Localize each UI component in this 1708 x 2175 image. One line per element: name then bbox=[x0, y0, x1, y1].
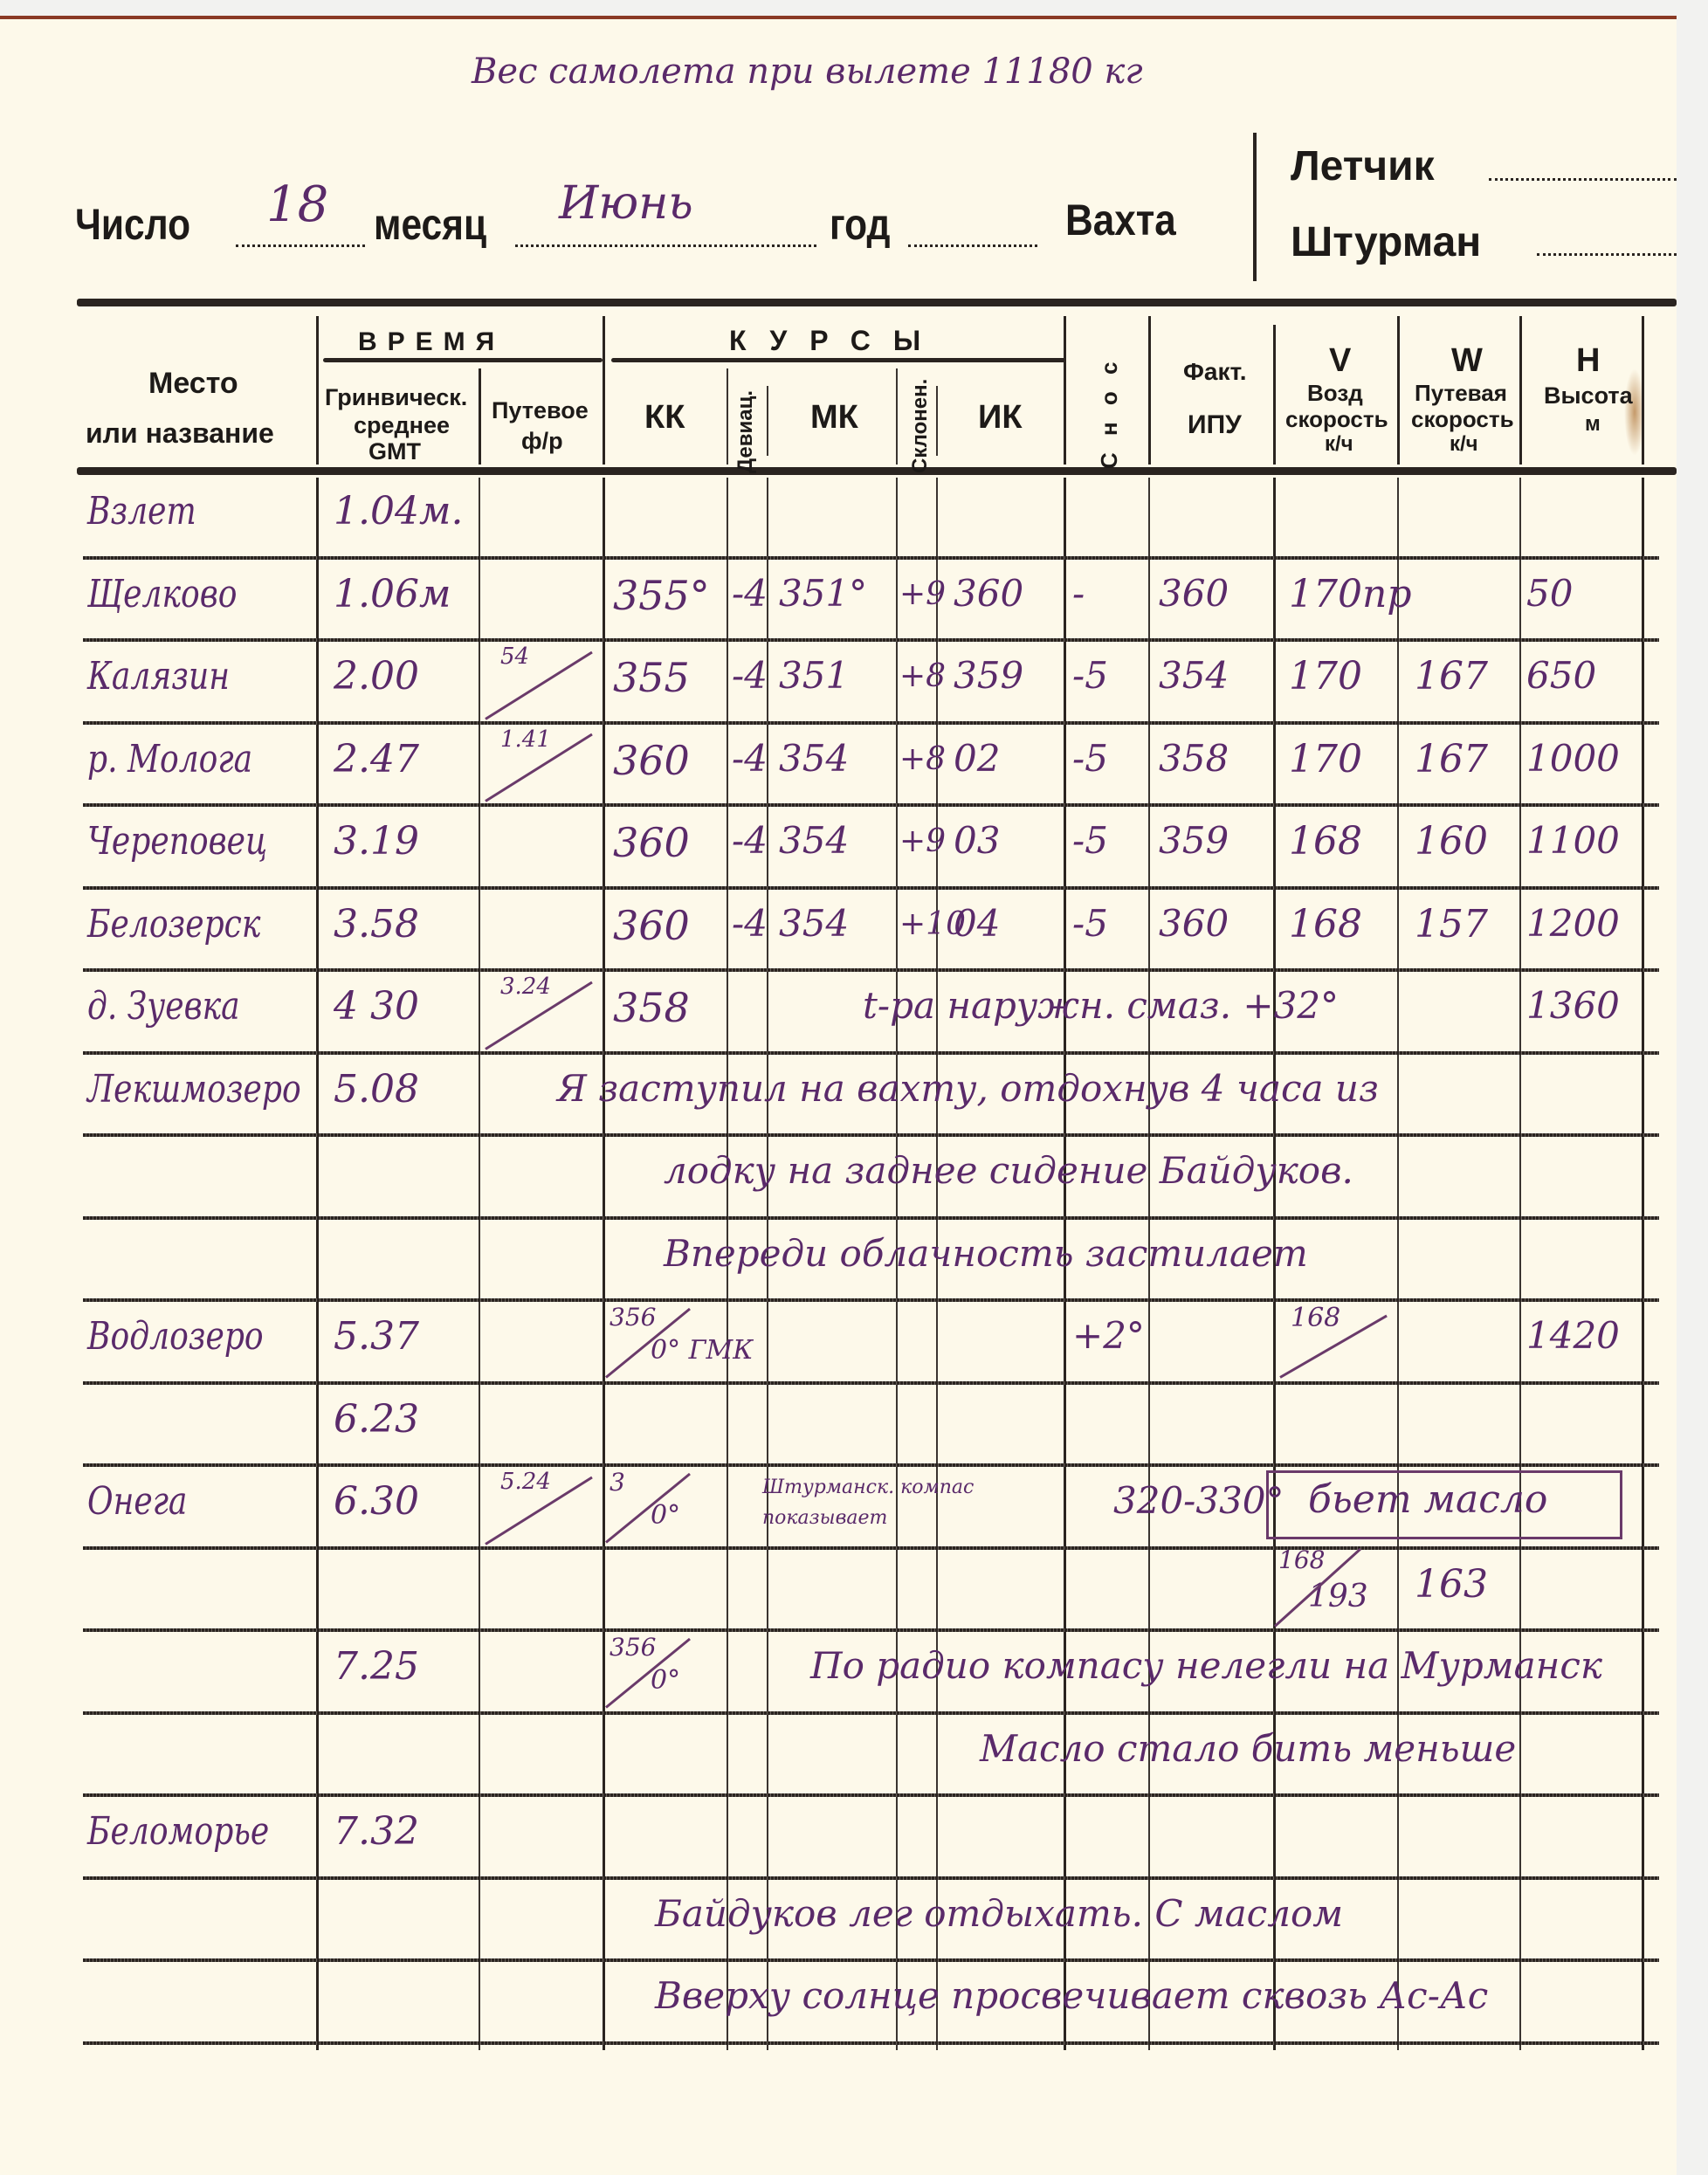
drift-cell: -5 bbox=[1072, 823, 1108, 859]
row-line bbox=[83, 721, 1659, 725]
place-cell: Беломорье bbox=[87, 1813, 269, 1851]
place-cell: Лекшмозеро bbox=[87, 1070, 301, 1109]
ipu-cell: 358 bbox=[1159, 740, 1229, 777]
header-bottom-rule bbox=[77, 467, 1677, 475]
header-column-line bbox=[1642, 316, 1644, 465]
shturman-line bbox=[1537, 253, 1677, 256]
kk-cell: 3 bbox=[610, 1470, 625, 1495]
th-ipu-2: ИПУ bbox=[1188, 412, 1242, 438]
deviation-cell: -4 bbox=[732, 740, 768, 777]
kk-cell: 358 bbox=[613, 988, 690, 1028]
altitude-cell: 1000 bbox=[1526, 740, 1620, 777]
declination-cell: +9 bbox=[899, 579, 946, 610]
handwritten-note: Штурманск. компас показывает bbox=[762, 1472, 1024, 1533]
drift-cell: -5 bbox=[1072, 657, 1108, 694]
ipu-cell: 320-330° bbox=[1113, 1483, 1284, 1519]
header-column-line bbox=[316, 316, 319, 465]
th-w-2: Путевая bbox=[1415, 382, 1507, 404]
row-line bbox=[83, 1298, 1659, 1302]
th-putevoe-2: ф/р bbox=[521, 430, 563, 453]
airspeed-cell: 168 bbox=[1289, 823, 1362, 861]
ipu-cell: 359 bbox=[1159, 823, 1229, 859]
oil-warning-text: бьет масло bbox=[1308, 1481, 1547, 1519]
header-column-line bbox=[603, 316, 605, 465]
th-v-2: Возд bbox=[1307, 382, 1363, 404]
column-line bbox=[479, 478, 480, 2050]
drift-cell: -5 bbox=[1072, 740, 1108, 777]
vakhta-label: Вахта bbox=[1065, 198, 1176, 242]
row-line bbox=[83, 1133, 1659, 1137]
header-column-line bbox=[896, 368, 898, 465]
header-column-line bbox=[1064, 316, 1066, 465]
handwritten-note: Я заступил на вахту, отдохнув 4 часа из bbox=[557, 1070, 1379, 1107]
th-putevoe-1: Путевое bbox=[492, 399, 589, 423]
th-ik: ИК bbox=[978, 401, 1023, 434]
god-label: год bbox=[830, 203, 891, 246]
row-line bbox=[83, 1958, 1659, 1962]
place-cell: Череповец bbox=[87, 823, 267, 861]
th-gmt-1: Гринвическ. bbox=[325, 386, 467, 410]
gmt-cell: 1.06м bbox=[334, 575, 451, 614]
courses-group-rule bbox=[611, 358, 1065, 362]
putevoe-cell: 1.41 bbox=[500, 728, 551, 751]
declination-cell: +8 bbox=[899, 661, 946, 692]
th-deviats: Девиац. bbox=[733, 390, 758, 473]
altitude-cell: 650 bbox=[1526, 657, 1596, 694]
gmt-cell: 4 30 bbox=[334, 988, 419, 1026]
th-h-1: H bbox=[1576, 344, 1600, 377]
column-line bbox=[1519, 478, 1521, 2050]
airspeed-cell: 170 bbox=[1289, 657, 1362, 696]
column-line bbox=[316, 478, 319, 2050]
th-snos: С н о с bbox=[1096, 357, 1123, 470]
th-time-group: ВРЕМЯ bbox=[358, 329, 505, 355]
row-line bbox=[83, 1051, 1659, 1055]
th-gmt-2: среднее bbox=[354, 414, 450, 437]
ik-cell: 03 bbox=[954, 823, 1000, 859]
gmt-cell: 6.30 bbox=[334, 1483, 419, 1521]
airspeed-cell: 168 bbox=[1278, 1548, 1325, 1573]
deviation-cell: -4 bbox=[732, 657, 768, 694]
crew-divider bbox=[1253, 133, 1257, 281]
ik-cell: 360 bbox=[954, 575, 1023, 612]
drift-cell: - bbox=[1072, 575, 1085, 612]
row-line bbox=[83, 1711, 1659, 1715]
place-cell: д. Зуевка bbox=[87, 988, 240, 1026]
th-v-4: к/ч bbox=[1325, 434, 1353, 455]
handwritten-note: t-ра наружн. смаз. +32° bbox=[863, 988, 1339, 1024]
place-cell: Щелково bbox=[87, 575, 237, 614]
th-courses-group: КУРСЫ bbox=[729, 327, 943, 354]
header-column-line bbox=[767, 386, 768, 456]
letchik-line bbox=[1489, 178, 1677, 181]
altitude-cell: 1100 bbox=[1526, 823, 1620, 859]
mk-cell: 354 bbox=[779, 740, 849, 777]
column-line bbox=[603, 478, 605, 2050]
th-h-2: Высота bbox=[1544, 384, 1633, 408]
kk-cell: 360 bbox=[613, 905, 690, 946]
deviation-cell: -4 bbox=[732, 905, 768, 942]
kk-cell: 0° bbox=[651, 1668, 680, 1694]
airspeed-cell: 170 bbox=[1289, 740, 1362, 779]
groundspeed-cell: 167 bbox=[1415, 740, 1488, 779]
ik-cell: 02 bbox=[954, 740, 1000, 777]
row-line bbox=[83, 2041, 1659, 2045]
groundspeed-cell: 163 bbox=[1415, 1566, 1488, 1604]
th-kk: КК bbox=[644, 401, 685, 434]
place-cell: Калязин bbox=[87, 657, 230, 696]
th-w-1: W bbox=[1451, 344, 1483, 377]
mk-cell: 354 bbox=[779, 905, 849, 942]
gmt-cell: 2.00 bbox=[334, 657, 419, 696]
header-column-line bbox=[479, 368, 481, 465]
declination-cell: +8 bbox=[899, 744, 946, 775]
kk-cell: 355° bbox=[613, 575, 710, 616]
row-line bbox=[83, 886, 1659, 890]
gmt-cell: 6.23 bbox=[334, 1401, 419, 1439]
row-line bbox=[83, 556, 1659, 560]
gmt-cell: 3.19 bbox=[334, 823, 419, 861]
airspeed-cell: 168 bbox=[1291, 1305, 1340, 1332]
mesyats-label: месяц bbox=[374, 203, 486, 246]
mk-cell: 351 bbox=[779, 657, 849, 694]
ipu-cell: 354 bbox=[1159, 657, 1229, 694]
row-line bbox=[83, 1793, 1659, 1797]
groundspeed-cell: 160 bbox=[1415, 823, 1488, 861]
chislo-label: Число bbox=[75, 203, 190, 246]
kk-cell: 0° bbox=[651, 1503, 680, 1529]
handwritten-note: лодку на заднее сидение Байдуков. bbox=[664, 1153, 1353, 1189]
handwritten-note: Вверху солнце просвечивает сквозь Ас-Ас bbox=[655, 1978, 1488, 2014]
header-column-line bbox=[936, 386, 938, 456]
kk-cell: 360 bbox=[613, 740, 690, 781]
row-line bbox=[83, 1546, 1659, 1550]
altitude-cell: 50 bbox=[1526, 575, 1573, 612]
logbook-page: Вес самолета при вылете 11180 кг Число 1… bbox=[0, 16, 1677, 2175]
ik-cell: 359 bbox=[954, 657, 1023, 694]
deviation-cell: -4 bbox=[732, 823, 768, 859]
gmt-cell: 1.04м. bbox=[334, 492, 463, 531]
gmt-cell: 3.58 bbox=[334, 905, 419, 944]
th-place-2: или название bbox=[86, 419, 274, 447]
letchik-label: Летчик bbox=[1291, 146, 1435, 188]
th-w-3: скорость bbox=[1411, 408, 1514, 430]
mk-cell: 354 bbox=[779, 823, 849, 859]
kk-cell: 356 bbox=[610, 1305, 656, 1330]
airspeed-cell: 168 bbox=[1289, 905, 1362, 944]
gmt-cell: 7.32 bbox=[334, 1813, 419, 1851]
row-line bbox=[83, 1463, 1659, 1467]
header-column-line bbox=[727, 368, 728, 465]
handwritten-note: Байдуков лег отдыхать. С маслом bbox=[655, 1896, 1343, 1932]
place-cell: Взлет bbox=[87, 492, 196, 531]
th-w-4: к/ч bbox=[1450, 434, 1478, 455]
aircraft-weight-note: Вес самолета при вылете 11180 кг bbox=[472, 54, 1143, 89]
table-top-rule bbox=[77, 299, 1677, 306]
place-cell: Водлозеро bbox=[87, 1318, 264, 1356]
th-h-3: м bbox=[1585, 414, 1601, 435]
altitude-cell: 1360 bbox=[1526, 988, 1620, 1024]
th-ipu-1: Факт. bbox=[1183, 360, 1247, 384]
header-column-line bbox=[1519, 316, 1522, 465]
gmt-cell: 5.37 bbox=[334, 1318, 419, 1356]
chislo-line bbox=[236, 244, 365, 247]
gmt-cell: 7.25 bbox=[334, 1648, 419, 1686]
header-column-line bbox=[1397, 316, 1400, 465]
row-line bbox=[83, 1381, 1659, 1385]
row-line bbox=[83, 1216, 1659, 1220]
header-column-line bbox=[1273, 325, 1276, 465]
ipu-cell: 360 bbox=[1159, 905, 1229, 942]
deviation-cell: -4 bbox=[732, 575, 768, 612]
kk-cell: 356 bbox=[610, 1635, 656, 1660]
drift-cell: -5 bbox=[1072, 905, 1108, 942]
th-mk: МК bbox=[810, 401, 858, 434]
kk-cell: 355 bbox=[613, 657, 690, 698]
gmt-cell: 5.08 bbox=[334, 1070, 419, 1109]
th-v-3: скорость bbox=[1285, 408, 1388, 430]
putevoe-cell: 54 bbox=[500, 645, 529, 668]
groundspeed-cell: 157 bbox=[1415, 905, 1488, 944]
kk-cell: 360 bbox=[613, 823, 690, 863]
declination-cell: +9 bbox=[899, 826, 946, 857]
putevoe-cell: 3.24 bbox=[500, 975, 551, 998]
th-sklonen: Склонен. bbox=[908, 379, 933, 473]
shturman-label: Штурман bbox=[1291, 222, 1481, 264]
gmt-cell: 2.47 bbox=[334, 740, 419, 779]
groundspeed-cell: 167 bbox=[1415, 657, 1488, 696]
handwritten-note: По радио компасу нелегли на Мурманск bbox=[810, 1648, 1602, 1684]
row-line bbox=[83, 803, 1659, 807]
column-line bbox=[1642, 478, 1644, 2050]
mk-cell: 351° bbox=[779, 575, 867, 612]
mesyats-value: Июнь bbox=[559, 181, 693, 226]
row-line bbox=[83, 968, 1659, 972]
time-group-rule bbox=[323, 358, 603, 362]
row-line bbox=[83, 1876, 1659, 1880]
altitude-cell: 1420 bbox=[1526, 1318, 1620, 1354]
putevoe-cell: 5.24 bbox=[500, 1470, 551, 1493]
ik-cell: 04 bbox=[954, 905, 1000, 942]
altitude-cell: 1200 bbox=[1526, 905, 1620, 942]
chislo-value: 18 bbox=[266, 181, 328, 230]
header-column-line bbox=[1148, 316, 1151, 465]
row-line bbox=[83, 1628, 1659, 1632]
drift-cell: +2° bbox=[1072, 1318, 1145, 1354]
airspeed-cell: 170пр bbox=[1289, 575, 1412, 614]
th-v-1: V bbox=[1329, 344, 1351, 377]
column-line bbox=[1397, 478, 1399, 2050]
th-gmt-3: GMT bbox=[368, 440, 421, 464]
ipu-cell: 360 bbox=[1159, 575, 1229, 612]
mesyats-line bbox=[515, 244, 816, 247]
th-place-1: Место bbox=[148, 368, 238, 398]
kk-cell: 0° ГМК bbox=[651, 1338, 753, 1364]
god-line bbox=[908, 244, 1037, 247]
row-line bbox=[83, 638, 1659, 642]
handwritten-note: Впереди облачность застилает bbox=[664, 1235, 1308, 1272]
place-cell: р. Молога bbox=[87, 740, 252, 779]
handwritten-note: Масло стало бить меньше bbox=[980, 1731, 1516, 1767]
place-cell: Белозерск bbox=[87, 905, 260, 944]
place-cell: Онега bbox=[87, 1483, 187, 1521]
